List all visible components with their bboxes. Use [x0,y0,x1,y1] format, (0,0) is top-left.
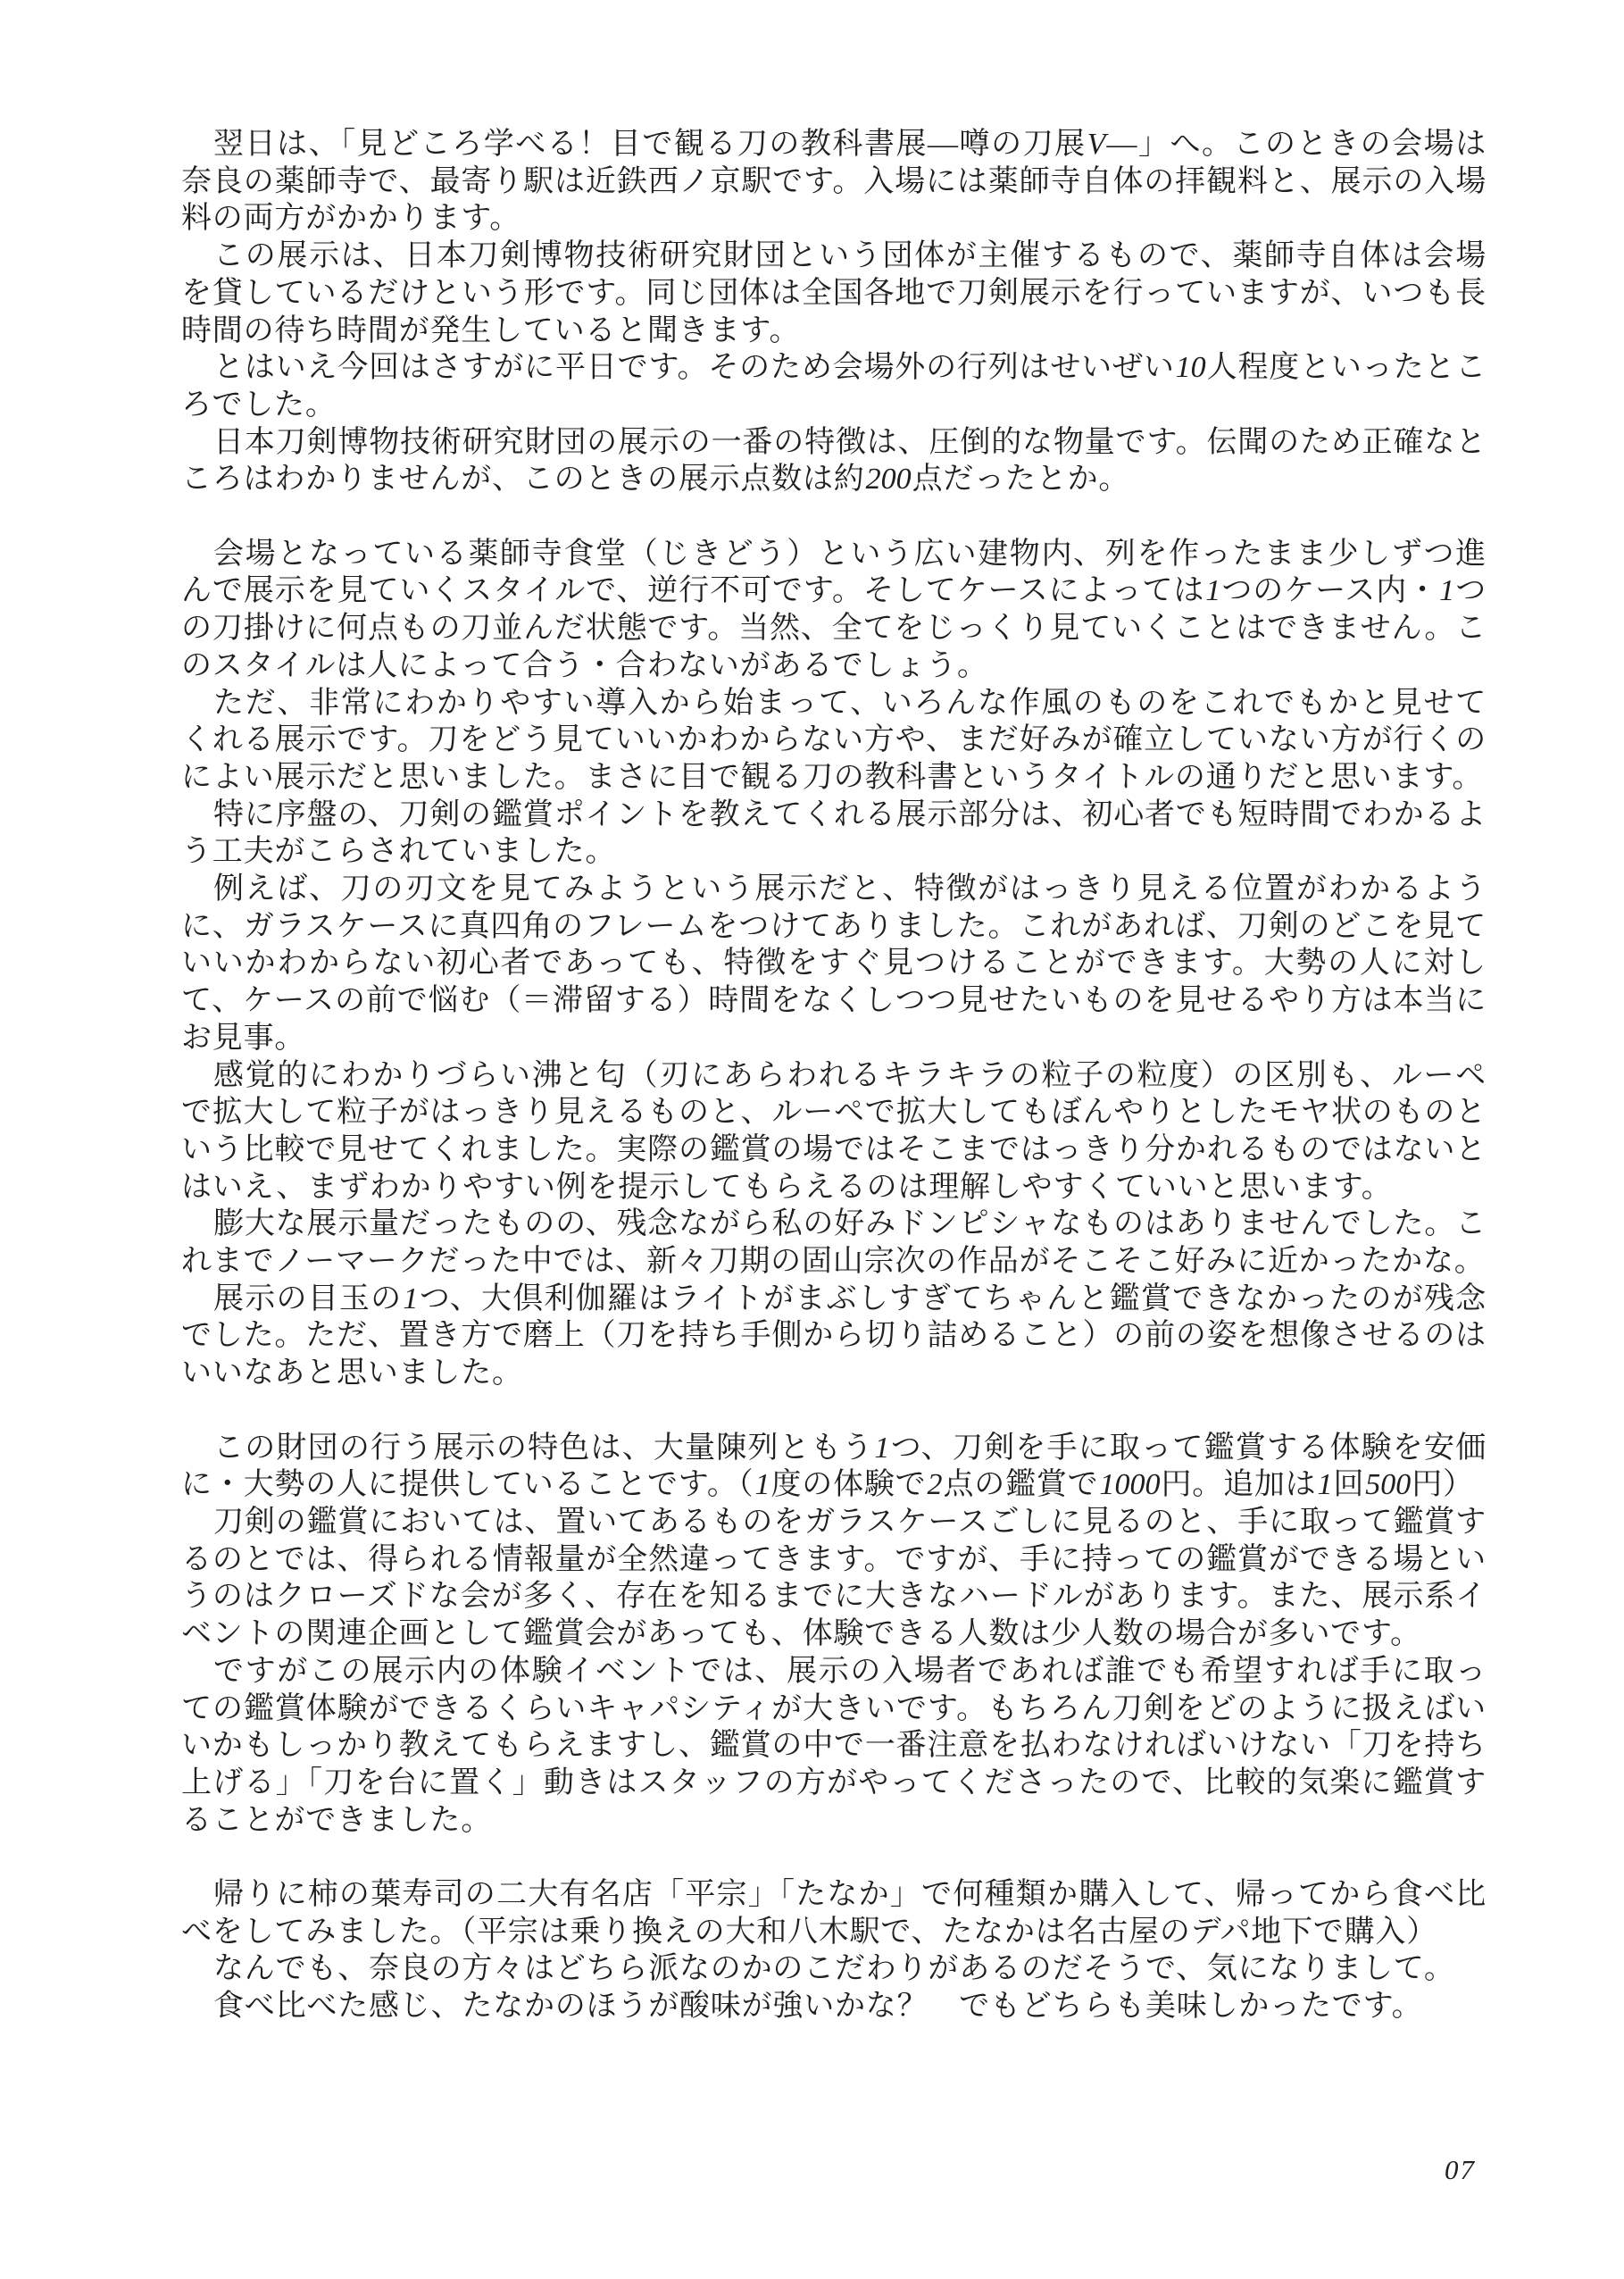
page-number: 07 [1445,2154,1476,2186]
paragraph: 日本刀剣博物技術研究財団の展示の一番の特徴は、圧倒的な物量です。伝聞のため正確な… [181,424,1487,498]
latin-numeral: 10 [1175,351,1207,384]
latin-numeral: 1 [754,1468,770,1501]
paragraph: 帰りに柿の葉寿司の二大有名店「平宗」「たなか」で何種類か購入して、帰ってから食べ… [181,1876,1487,1950]
paragraph: ただ、非常にわかりやすい導入から始まって、いろんな作風のものをこれでもかと見せて… [181,685,1487,797]
latin-numeral: 1 [1316,1468,1333,1501]
paragraph: この展示は、日本刀剣博物技術研究財団という団体が主催するもので、薬師寺自体は会場… [181,238,1487,349]
paragraph: ですがこの展示内の体験イベントでは、展示の入場者であれば誰でも希望すれば手に取っ… [181,1653,1487,1840]
paragraph: 膨大な展示量だったものの、残念ながら私の好みドンピシャなものはありませんでした。… [181,1206,1487,1280]
paragraph: 刀剣の鑑賞においては、置いてあるものをガラスケースごしに見るのと、手に取って鑑賞… [181,1504,1487,1653]
text-section: 会場となっている薬師寺食堂（じきどう）という広い建物内、列を作ったまま少しずつ進… [181,536,1487,1392]
latin-numeral: 2 [926,1468,943,1501]
paragraph: 翌日は、「見どころ学べる！目で観る刀の教科書展―噂の刀展V―」へ。このときの会場… [181,126,1487,238]
latin-numeral: 200 [865,463,912,496]
latin-numeral: 1 [1438,574,1455,607]
paragraph: とはいえ今回はさすがに平日です。そのため会場外の行列はせいぜい10人程度といった… [181,349,1487,423]
text-section: 帰りに柿の葉寿司の二大有名店「平宗」「たなか」で何種類か購入して、帰ってから食べ… [181,1876,1487,2025]
text-section: この財団の行う展示の特色は、大量陳列ともう1つ、刀剣を手に取って鑑賞する体験を安… [181,1430,1487,1840]
text-section: 翌日は、「見どころ学べる！目で観る刀の教科書展―噂の刀展V―」へ。このときの会場… [181,126,1487,498]
paragraph: この財団の行う展示の特色は、大量陳列ともう1つ、刀剣を手に取って鑑賞する体験を安… [181,1430,1487,1504]
paragraph: 感覚的にわかりづらい沸と匂（刃にあらわれるキラキラの粒子の粒度）の区別も、ルーペ… [181,1057,1487,1206]
paragraph: 特に序盤の、刀剣の鑑賞ポイントを教えてくれる展示部分は、初心者でも短時間でわかる… [181,797,1487,871]
paragraph: なんでも、奈良の方々はどちら派なのかのこだわりがあるのだそうで、気になりまして。 [181,1950,1487,1988]
latin-numeral: 1 [402,1282,419,1315]
latin-numeral: V [1087,128,1107,161]
paragraph: 食べ比べた感じ、たなかのほうが酸味が強いかな？ でもどちらも美味しかったです。 [181,1988,1487,2025]
body-text: 翌日は、「見どころ学べる！目で観る刀の教科書展―噂の刀展V―」へ。このときの会場… [181,126,1487,2025]
latin-numeral: 1 [1204,574,1221,607]
paragraph: 例えば、刀の刃文を見てみようという展示だと、特徴がはっきり見える位置がわかるよう… [181,871,1487,1057]
paragraph: 展示の目玉の1つ、大倶利伽羅はライトがまぶしすぎてちゃんと鑑賞できなかったのが残… [181,1281,1487,1392]
paragraph: 会場となっている薬師寺食堂（じきどう）という広い建物内、列を作ったまま少しずつ進… [181,536,1487,685]
document-page: 翌日は、「見どころ学べる！目で観る刀の教科書展―噂の刀展V―」へ。このときの会場… [0,0,1624,2279]
latin-numeral: 1000 [1098,1468,1161,1501]
latin-numeral: 500 [1364,1468,1412,1501]
latin-numeral: 1 [873,1432,890,1465]
